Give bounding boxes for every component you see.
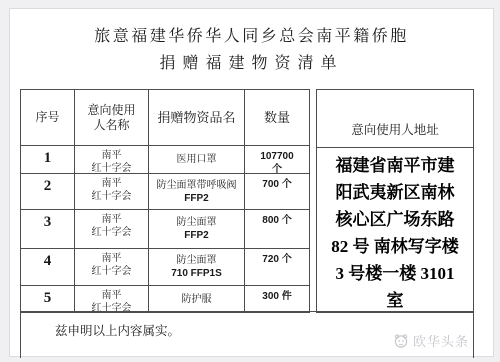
watermark: 欧华头条 [393, 331, 469, 350]
table-row-4-qty: 720 个 [245, 249, 309, 286]
column-header-index: 序号 [21, 90, 75, 146]
declaration-text: 兹申明以上内容属实。 [55, 324, 180, 338]
column-header-address: 意向使用人地址 [317, 90, 473, 148]
watermark-logo-icon [393, 333, 409, 349]
watermark-text: 欧华头条 [413, 331, 469, 350]
address-table: 意向使用人地址 福建省南平市建阳武夷新区南林核心区广场东路 82 号 南林写字楼… [316, 89, 474, 313]
column-header-item: 捐赠物资品名 [149, 90, 245, 146]
document-title: 旅意福建华侨华人同乡总会南平籍侨胞 捐赠福建物资清单 [10, 23, 493, 77]
table-row-2-qty: 700 个 [245, 174, 309, 210]
table-row-5-item: 防护服 [149, 286, 245, 312]
table-row-1-index: 1 [21, 146, 75, 174]
table-row-3-item: 防尘面罩 FFP2 [149, 210, 245, 249]
donation-table: 序号 意向使用 人名称 捐赠物资品名 数量 1 南平 红十字会 医用口罩 107… [20, 89, 310, 313]
table-row-4-item: 防尘面罩 710 FFP1S [149, 249, 245, 286]
table-row-1-user: 南平 红十字会 [75, 146, 149, 174]
title-line-1: 旅意福建华侨华人同乡总会南平籍侨胞 [10, 23, 493, 50]
address-cell: 福建省南平市建阳武夷新区南林核心区广场东路 82 号 南林写字楼 3 号楼一楼 … [317, 148, 473, 312]
table-row-2-index: 2 [21, 174, 75, 210]
table-row-5-user: 南平 红十字会 [75, 286, 149, 312]
table-row-4-index: 4 [21, 249, 75, 286]
title-line-2: 捐赠福建物资清单 [10, 50, 493, 77]
table-row-3-index: 3 [21, 210, 75, 249]
table-row-5-qty: 300 件 [245, 286, 309, 312]
table-row-3-qty: 800 个 [245, 210, 309, 249]
column-header-user: 意向使用 人名称 [75, 90, 149, 146]
column-header-qty: 数量 [245, 90, 309, 146]
table-row-2-user: 南平 红十字会 [75, 174, 149, 210]
document-page: 旅意福建华侨华人同乡总会南平籍侨胞 捐赠福建物资清单 序号 意向使用 人名称 捐… [9, 8, 494, 357]
table-row-4-user: 南平 红十字会 [75, 249, 149, 286]
table-row-1-item: 医用口罩 [149, 146, 245, 174]
screenshot-background: 旅意福建华侨华人同乡总会南平籍侨胞 捐赠福建物资清单 序号 意向使用 人名称 捐… [0, 0, 500, 362]
table-row-2-item: 防尘面罩带呼吸阀 FFP2 [149, 174, 245, 210]
table-row-5-index: 5 [21, 286, 75, 312]
table-row-3-user: 南平 红十字会 [75, 210, 149, 249]
table-row-1-qty: 107700 个 [245, 146, 309, 174]
